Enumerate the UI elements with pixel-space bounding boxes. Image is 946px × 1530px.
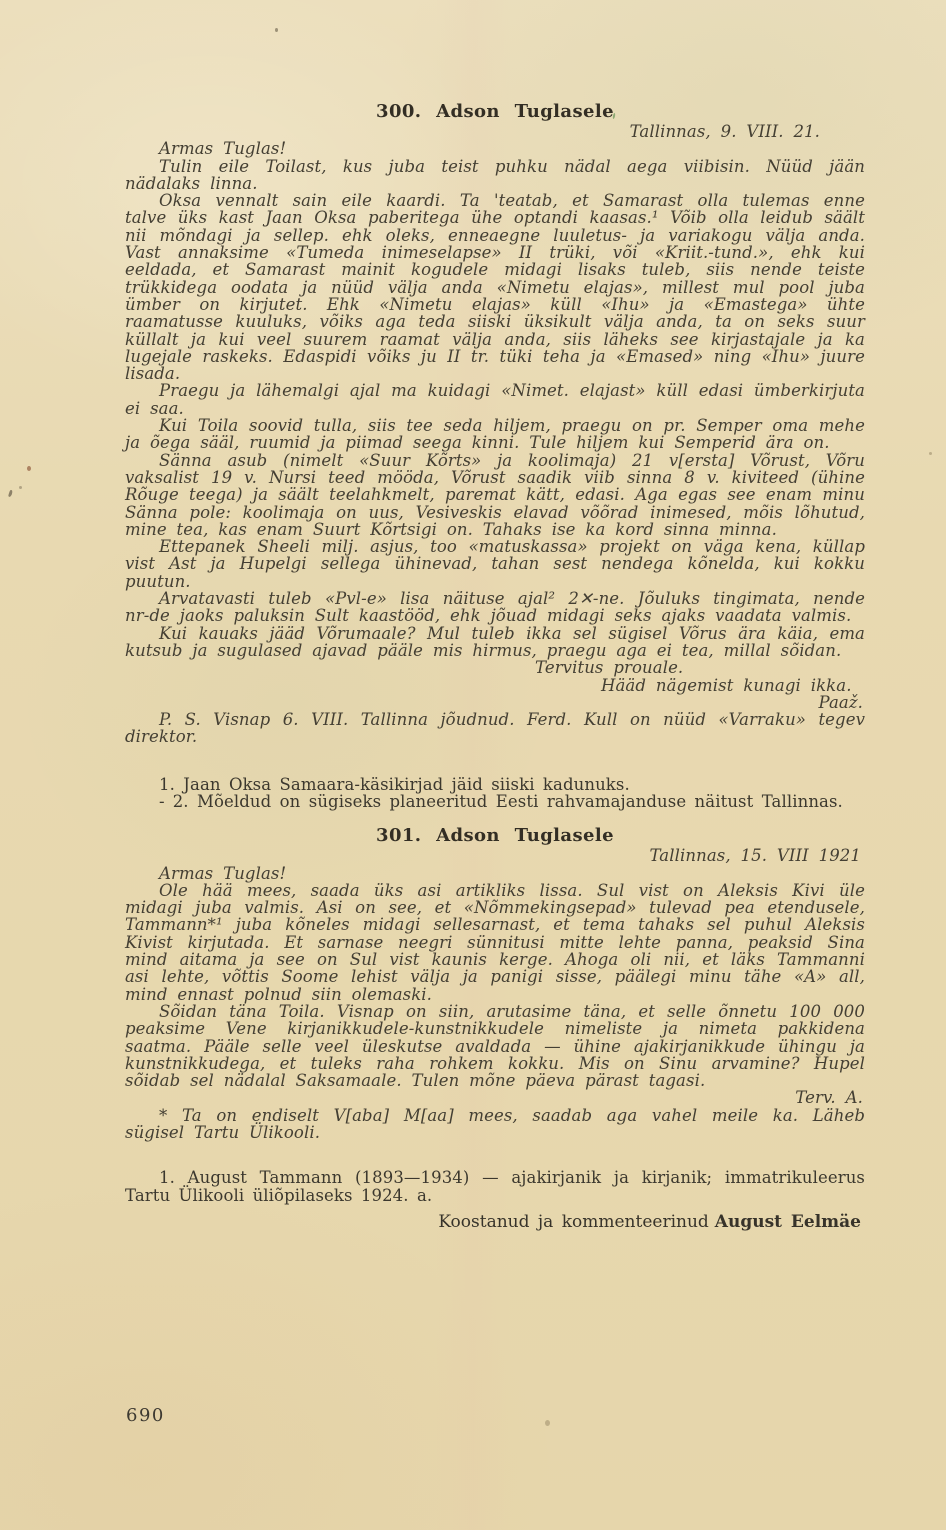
page-content: 300. Adson Tuglasele Tallinnas, 9. VIII.… — [125, 102, 865, 1232]
letter-301: 301. Adson Tuglasele Tallinnas, 15. VIII… — [125, 826, 865, 1205]
letter-paragraph: Kui Toila soovid tulla, siis tee seda hi… — [125, 417, 865, 452]
signature-paaz: Paaž. — [125, 694, 865, 711]
footnote: 1. Jaan Oksa Samaara-käsikirjad jäid sii… — [125, 776, 865, 794]
letter-paragraph: Arvatavasti tuleb «Pvl-e» lisa näituse a… — [125, 590, 865, 625]
stray-ink-mark: - — [159, 792, 165, 811]
letter-301-salutation: Armas Tuglas! — [125, 865, 865, 882]
letter-paragraph: Praegu ja lähemalgi ajal ma kuidagi «Nim… — [125, 382, 865, 417]
letter-paragraph: Tulin eile Toilast, kus juba teist puhku… — [125, 158, 865, 193]
ink-speck — [8, 490, 13, 498]
closing-line-greeting: Tervitus prouale. — [535, 659, 865, 676]
letter-301-heading: 301. Adson Tuglasele — [125, 826, 865, 846]
letter-301-footnotes: 1. August Tammann (1893—1934) — ajakirja… — [125, 1169, 865, 1205]
page-number: 690 — [126, 1405, 165, 1426]
letter-300-footnotes: 1. Jaan Oksa Samaara-käsikirjad jäid sii… — [125, 776, 865, 812]
closing-line-farewell: Hääd nägemist kunagi ikka. — [601, 677, 865, 694]
postscript: P. S. Visnap 6. VIII. Tallinna jõudnud. … — [125, 711, 865, 746]
scanned-book-page: { "page": { "page_number": "690", "colop… — [0, 0, 946, 1530]
footnote: 1. August Tammann (1893—1934) — ajakirja… — [125, 1169, 865, 1205]
letter-paragraph: Sänna asub (nimelt «Suur Kõrts» ja kooli… — [125, 452, 865, 538]
letter-paragraph: Ettepanek Sheeli milj. asjus, too «matus… — [125, 538, 865, 590]
ink-speck — [19, 486, 22, 489]
footnote-text: 2. Mõeldud on sügiseks planeeritud Eesti… — [173, 792, 843, 811]
letter-paragraph: Sõidan täna Toila. Visnap on siin, aruta… — [125, 1003, 865, 1089]
ink-speck — [929, 452, 932, 455]
letter-300-dateline: Tallinnas, 9. VIII. 21. — [125, 123, 865, 140]
letter-301-dateline: Tallinnas, 15. VIII 1921 — [125, 847, 865, 864]
ink-speck — [27, 466, 31, 471]
letter-300-heading: 300. Adson Tuglasele — [125, 102, 865, 122]
signature-terv-a: Terv. A. — [125, 1089, 865, 1106]
letter-300-salutation: Armas Tuglas! — [125, 140, 865, 157]
colophon: Koostanud ja kommenteerinudAugust Eelmäe — [125, 1213, 865, 1232]
letter-300: 300. Adson Tuglasele Tallinnas, 9. VIII.… — [125, 102, 865, 811]
ink-speck — [275, 28, 278, 32]
letter-paragraph: Oksa vennalt sain eile kaardi. Ta 'teata… — [125, 192, 865, 382]
ink-speck — [545, 1420, 550, 1426]
footnote: -2. Mõeldud on sügiseks planeeritud Eest… — [125, 793, 865, 811]
asterisk-note: * Ta on endiselt V[aba] M[aa] mees, saad… — [125, 1107, 865, 1142]
colophon-name: August Eelmäe — [715, 1212, 861, 1232]
letter-paragraph: Kui kauaks jääd Võrumaale? Mul tuleb ikk… — [125, 625, 865, 660]
colophon-prefix: Koostanud ja kommenteerinud — [438, 1212, 708, 1232]
letter-paragraph: Ole hää mees, saada üks asi artikliks li… — [125, 882, 865, 1003]
